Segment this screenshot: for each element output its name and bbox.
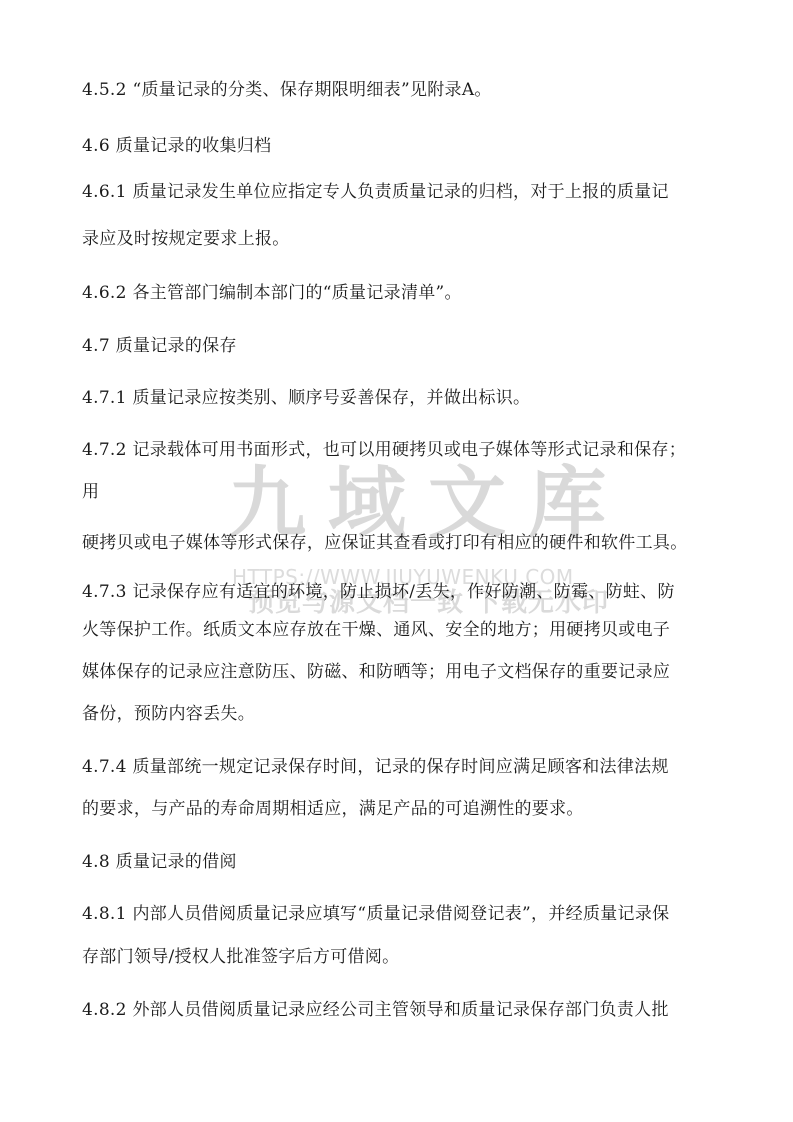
paragraph-4-7-4-line-1: 4.7.4 质量部统一规定记录保存时间，记录的保存时间应满足顾客和法律法规	[82, 757, 669, 777]
heading-4-7: 4.7 质量记录的保存	[82, 336, 237, 356]
heading-4-8: 4.8 质量记录的借阅	[82, 852, 237, 872]
paragraph-4-7-4-line-2: 的要求，与产品的寿命周期相适应，满足产品的可追溯性的要求。	[82, 799, 584, 819]
paragraph-4-7-3-line-4: 备份，预防内容丢失。	[82, 704, 255, 724]
document-page: 九域文库 HTTPS://WWW.JIUYUWENKU.COM 预览与源文档一致…	[0, 0, 793, 1122]
paragraph-4-6-1-line-1: 4.6.1 质量记录发生单位应指定专人负责质量记录的归档，对于上报的质量记	[82, 182, 669, 202]
paragraph-4-7-2-line-3: 硬拷贝或电子媒体等形式保存，应保证其查看或打印有相应的硬件和软件工具。	[82, 533, 688, 553]
paragraph-4-8-1-line-2: 存部门领导/授权人批准签字后方可借阅。	[82, 947, 399, 967]
paragraph-4-7-3-line-1: 4.7.3 记录保存应有适宜的环境，防止损坏/丢失，作好防潮、防霉、防蛀、防	[82, 582, 675, 602]
paragraph-4-7-2-line-1: 4.7.2 记录载体可用书面形式，也可以用硬拷贝或电子媒体等形式记录和保存；	[82, 440, 686, 460]
paragraph-4-7-3-line-3: 媒体保存的记录应注意防压、防磁、和防晒等；用电子文档保存的重要记录应	[82, 662, 670, 682]
paragraph-4-7-3-line-2: 火等保护工作。纸质文本应存放在干燥、通风、安全的地方；用硬拷贝或电子	[82, 620, 670, 640]
paragraph-4-8-2-line-1: 4.8.2 外部人员借阅质量记录应经公司主管领导和质量记录保存部门负责人批	[82, 1000, 669, 1020]
paragraph-4-6-2: 4.6.2 各主管部门编制本部门的“质量记录清单”。	[82, 283, 462, 303]
paragraph-4-7-1: 4.7.1 质量记录应按类别、顺序号妥善保存，并做出标识。	[82, 388, 530, 408]
paragraph-4-5-2: 4.5.2 “质量记录的分类、保存期限明细表”见附录A。	[82, 80, 492, 100]
paragraph-4-7-2-line-2: 用	[82, 482, 99, 502]
paragraph-4-6-1-line-2: 录应及时按规定要求上报。	[82, 229, 290, 249]
heading-4-6: 4.6 质量记录的收集归档	[82, 136, 271, 156]
paragraph-4-8-1-line-1: 4.8.1 内部人员借阅质量记录应填写“质量记录借阅登记表”，并经质量记录保	[82, 904, 669, 924]
